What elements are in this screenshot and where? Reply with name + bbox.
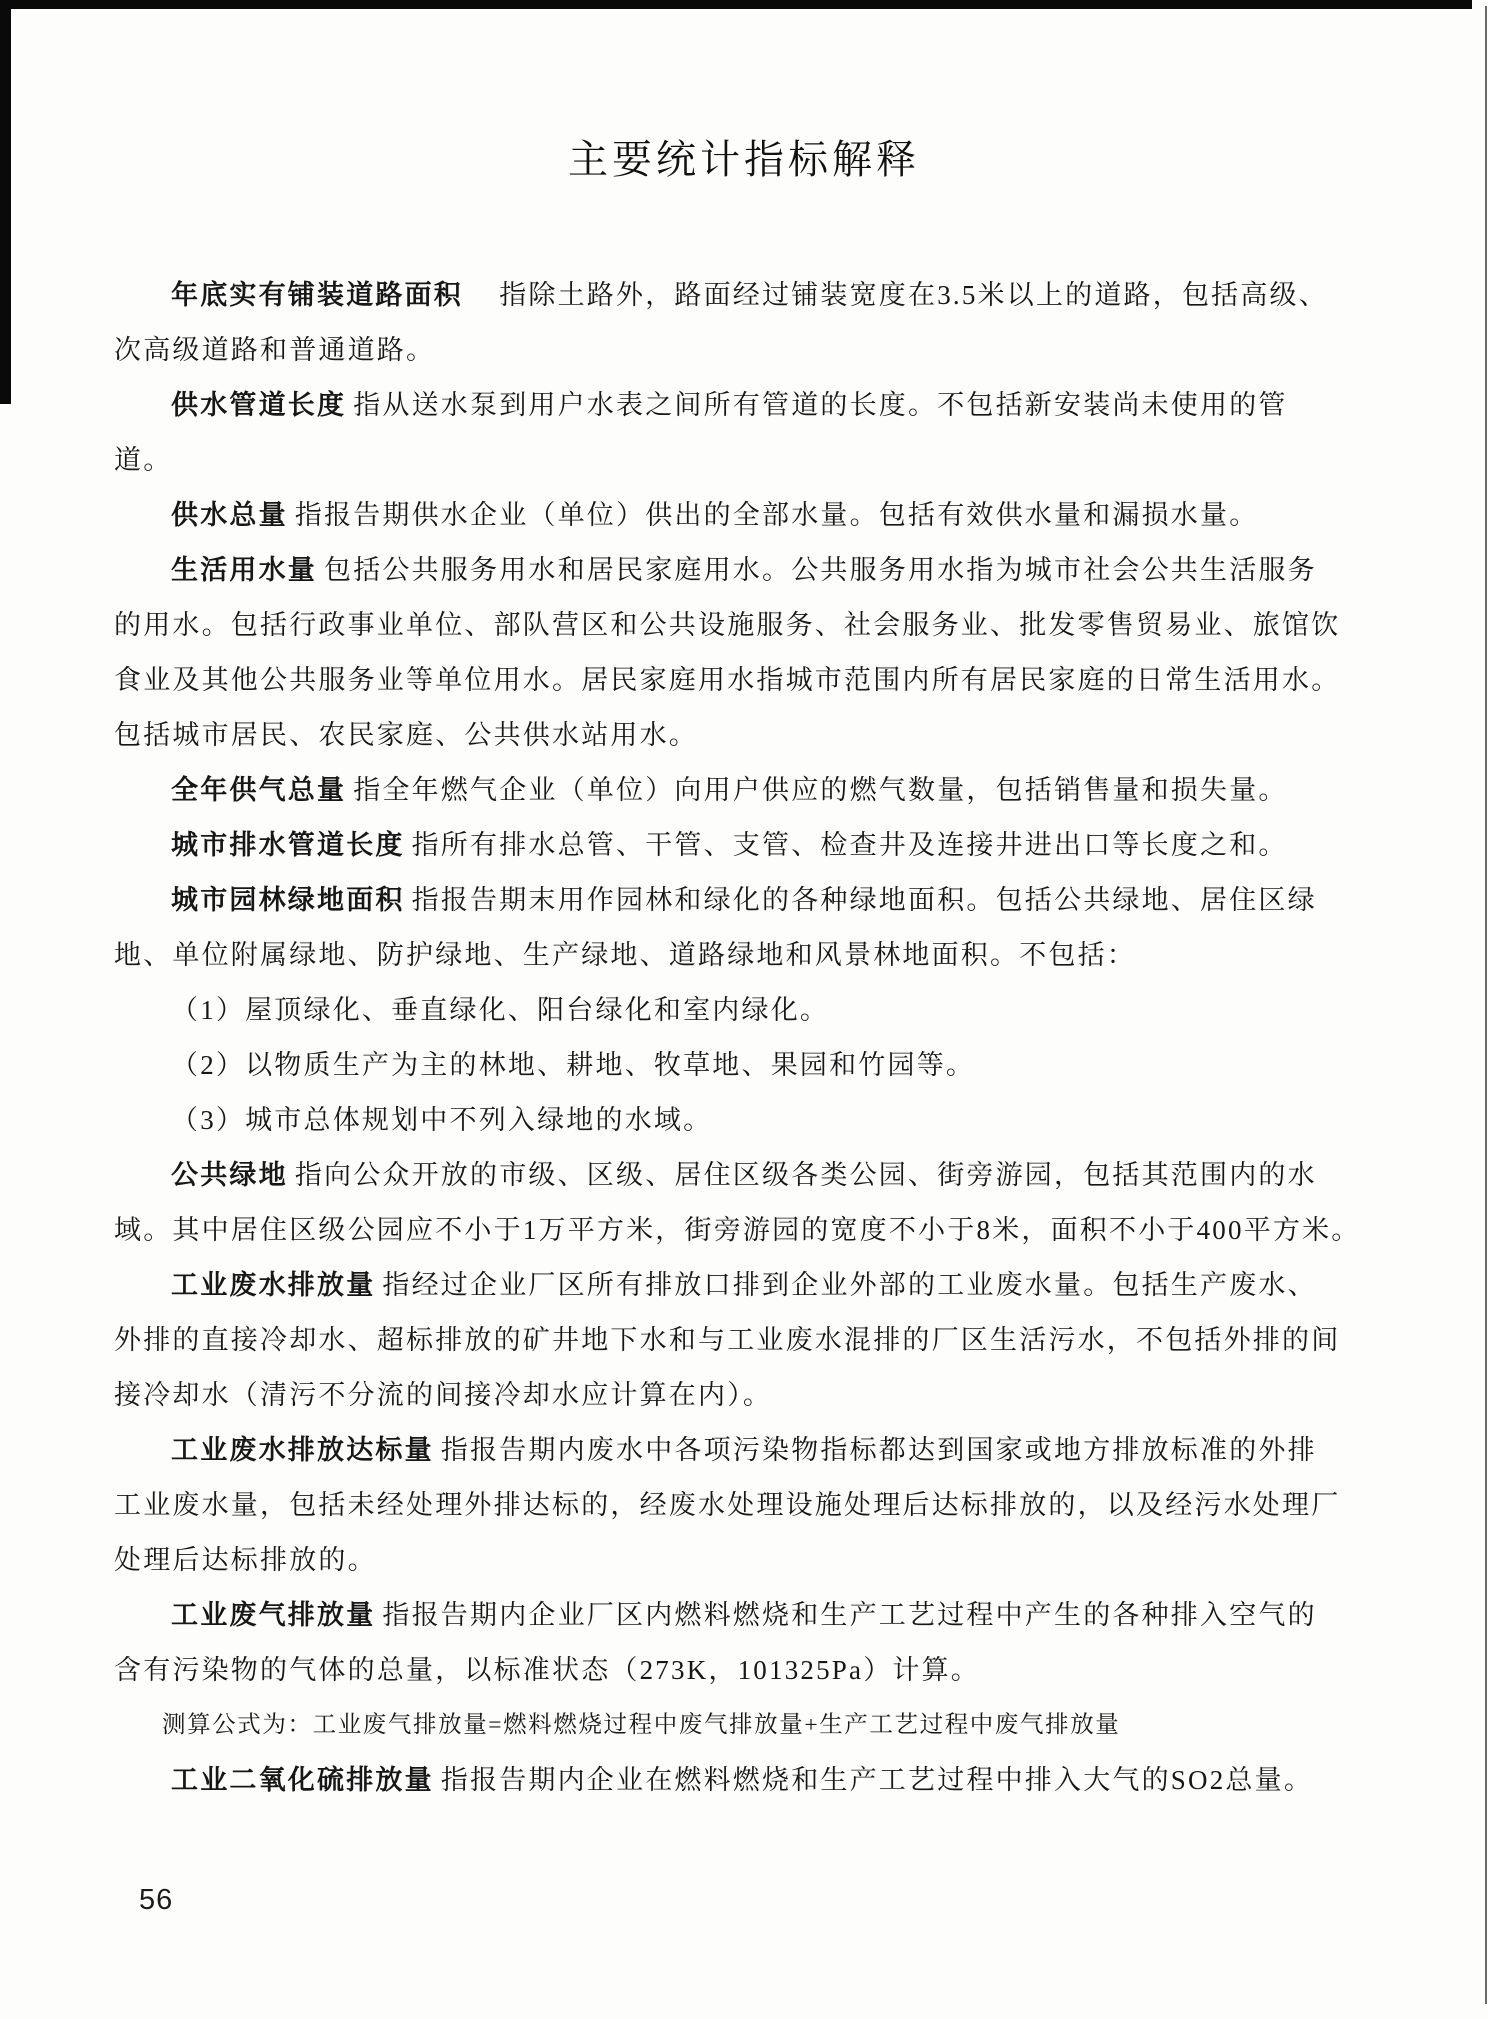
indicator-definition: 工业废水量，包括未经处理外排达标的，经废水处理设施处理后达标排放的，以及经污水处… [114, 1490, 1340, 1520]
paragraph-line: 供水管道长度指从送水泵到用户水表之间所有管道的长度。不包括新安装尚未使用的管 [114, 378, 1382, 433]
indicator-definition: 指所有排水总管、干管、支管、检查井及连接井进出口等长度之和。 [412, 830, 1288, 860]
indicator-definition: 食业及其他公共服务业等单位用水。居民家庭用水指城市范围内所有居民家庭的日常生活用… [114, 665, 1340, 695]
paragraph-line: 地、单位附属绿地、防护绿地、生产绿地、道路绿地和风景林地面积。不包括： [114, 928, 1382, 983]
paragraph-line: 的用水。包括行政事业单位、部队营区和公共设施服务、社会服务业、批发零售贸易业、旅… [114, 598, 1382, 653]
indicator-definition: 包括公共服务用水和居民家庭用水。公共服务用水指为城市社会公共生活服务 [324, 555, 1317, 585]
indicator-definition: 指从送水泵到用户水表之间所有管道的长度。不包括新安装尚未使用的管 [353, 390, 1287, 420]
paragraph-line: 处理后达标排放的。 [114, 1533, 1382, 1588]
paragraph-line: 工业废气排放量指报告期内企业厂区内燃料燃烧和生产工艺过程中产生的各种排入空气的 [114, 1588, 1382, 1643]
indicator-definition: （3）城市总体规划中不列入绿地的水域。 [171, 1105, 712, 1135]
indicator-definition: 指报告期内企业在燃料燃烧和生产工艺过程中排入大气的SO2总量。 [441, 1765, 1313, 1795]
paragraph-line: 工业废水量，包括未经处理外排达标的，经废水处理设施处理后达标排放的，以及经污水处… [114, 1478, 1382, 1533]
indicator-definition: 指报告期末用作园林和绿化的各种绿地面积。包括公共绿地、居住区绿 [412, 885, 1317, 915]
paragraph-line: 域。其中居住区级公园应不小于1万平方米，街旁游园的宽度不小于8米，面积不小于40… [114, 1203, 1382, 1258]
indicator-definition: 外排的直接冷却水、超标排放的矿井地下水和与工业废水混排的厂区生活污水，不包括外排… [114, 1325, 1340, 1355]
indicator-definition: 域。其中居住区级公园应不小于1万平方米，街旁游园的宽度不小于8米，面积不小于40… [114, 1215, 1361, 1245]
paragraph-line: 城市园林绿地面积指报告期末用作园林和绿化的各种绿地面积。包括公共绿地、居住区绿 [114, 873, 1382, 928]
scan-edge-left [0, 0, 11, 404]
indicator-term: 年底实有铺装道路面积 [171, 280, 463, 310]
paragraph-line: 接冷却水（清污不分流的间接冷却水应计算在内）。 [114, 1368, 1382, 1423]
scan-edge-right [1485, 6, 1487, 2004]
paragraph-line: 外排的直接冷却水、超标排放的矿井地下水和与工业废水混排的厂区生活污水，不包括外排… [114, 1313, 1382, 1368]
paragraph-line: 包括城市居民、农民家庭、公共供水站用水。 [114, 708, 1382, 763]
indicator-definition: 接冷却水（清污不分流的间接冷却水应计算在内）。 [114, 1380, 772, 1410]
paragraph-line: 全年供气总量指全年燃气企业（单位）向用户供应的燃气数量，包括销售量和损失量。 [114, 763, 1382, 818]
scan-edge-top [0, 0, 1472, 9]
indicator-definition: 指报告期内废水中各项污染物指标都达到国家或地方排放标准的外排 [441, 1435, 1317, 1465]
indicator-term: 城市排水管道长度 [171, 830, 405, 860]
indicator-definition: 处理后达标排放的。 [114, 1545, 377, 1575]
indicator-definition: （1）屋顶绿化、垂直绿化、阳台绿化和室内绿化。 [171, 995, 829, 1025]
indicator-definition: 指向公众开放的市级、区级、居住区级各类公园、街旁游园，包括其范围内的水 [295, 1160, 1317, 1190]
paragraph-line: 食业及其他公共服务业等单位用水。居民家庭用水指城市范围内所有居民家庭的日常生活用… [114, 653, 1382, 708]
page-number: 56 [139, 1884, 173, 1917]
paragraph-line: 供水总量指报告期供水企业（单位）供出的全部水量。包括有效供水量和漏损水量。 [114, 488, 1382, 543]
page-title: 主要统计指标解释 [0, 128, 1488, 185]
indicator-definition: 地、单位附属绿地、防护绿地、生产绿地、道路绿地和风景林地面积。不包括： [114, 940, 1136, 970]
document-body: 年底实有铺装道路面积 指除土路外，路面经过铺装宽度在3.5米以上的道路，包括高级… [114, 268, 1382, 1808]
indicator-term: 工业废水排放量 [171, 1270, 375, 1300]
paragraph-line: 道。 [114, 433, 1382, 488]
indicator-definition: 次高级道路和普通道路。 [114, 335, 435, 365]
indicator-term: 工业废水排放达标量 [171, 1435, 434, 1465]
paragraph-line: 含有污染物的气体的总量，以标准状态（273K，101325Pa）计算。 [114, 1643, 1382, 1698]
paragraph-line: 公共绿地指向公众开放的市级、区级、居住区级各类公园、街旁游园，包括其范围内的水 [114, 1148, 1382, 1203]
indicator-definition: 指经过企业厂区所有排放口排到企业外部的工业废水量。包括生产废水、 [382, 1270, 1316, 1300]
indicator-term: 工业废气排放量 [171, 1600, 375, 1630]
indicator-term: 生活用水量 [171, 555, 317, 585]
indicator-term: 城市园林绿地面积 [171, 885, 405, 915]
indicator-definition: 指报告期内企业厂区内燃料燃烧和生产工艺过程中产生的各种排入空气的 [382, 1600, 1316, 1630]
indicator-term: 供水总量 [171, 500, 288, 530]
paragraph-line: 工业二氧化硫排放量指报告期内企业在燃料燃烧和生产工艺过程中排入大气的SO2总量。 [114, 1753, 1382, 1808]
indicator-definition: 测算公式为：工业废气排放量=燃料燃烧过程中废气排放量+生产工艺过程中废气排放量 [162, 1712, 1120, 1738]
indicator-definition: 含有污染物的气体的总量，以标准状态（273K，101325Pa）计算。 [114, 1655, 980, 1685]
indicator-definition: 包括城市居民、农民家庭、公共供水站用水。 [114, 720, 698, 750]
paragraph-line: （1）屋顶绿化、垂直绿化、阳台绿化和室内绿化。 [114, 983, 1382, 1038]
indicator-term: 工业二氧化硫排放量 [171, 1765, 434, 1795]
indicator-term: 公共绿地 [171, 1160, 288, 1190]
paragraph-line: （2）以物质生产为主的林地、耕地、牧草地、果园和竹园等。 [114, 1038, 1382, 1093]
indicator-definition: 指全年燃气企业（单位）向用户供应的燃气数量，包括销售量和损失量。 [353, 775, 1287, 805]
indicator-definition: 指报告期供水企业（单位）供出的全部水量。包括有效供水量和漏损水量。 [295, 500, 1259, 530]
paragraph-line: 工业废水排放达标量指报告期内废水中各项污染物指标都达到国家或地方排放标准的外排 [114, 1423, 1382, 1478]
indicator-definition: 道。 [114, 445, 172, 475]
paragraph-line: 年底实有铺装道路面积 指除土路外，路面经过铺装宽度在3.5米以上的道路，包括高级… [114, 268, 1382, 323]
document-page: 主要统计指标解释 年底实有铺装道路面积 指除土路外，路面经过铺装宽度在3.5米以… [0, 0, 1488, 2019]
indicator-term: 全年供气总量 [171, 775, 346, 805]
paragraph-line: （3）城市总体规划中不列入绿地的水域。 [114, 1093, 1382, 1148]
paragraph-line: 次高级道路和普通道路。 [114, 323, 1382, 378]
paragraph-line: 生活用水量包括公共服务用水和居民家庭用水。公共服务用水指为城市社会公共生活服务 [114, 543, 1382, 598]
indicator-definition: 指除土路外，路面经过铺装宽度在3.5米以上的道路，包括高级、 [470, 280, 1328, 310]
paragraph-line: 城市排水管道长度指所有排水总管、干管、支管、检查井及连接井进出口等长度之和。 [114, 818, 1382, 873]
indicator-definition: 的用水。包括行政事业单位、部队营区和公共设施服务、社会服务业、批发零售贸易业、旅… [114, 610, 1340, 640]
paragraph-line: 测算公式为：工业废气排放量=燃料燃烧过程中废气排放量+生产工艺过程中废气排放量 [114, 1698, 1382, 1753]
indicator-definition: （2）以物质生产为主的林地、耕地、牧草地、果园和竹园等。 [171, 1050, 975, 1080]
paragraph-line: 工业废水排放量指经过企业厂区所有排放口排到企业外部的工业废水量。包括生产废水、 [114, 1258, 1382, 1313]
indicator-term: 供水管道长度 [171, 390, 346, 420]
